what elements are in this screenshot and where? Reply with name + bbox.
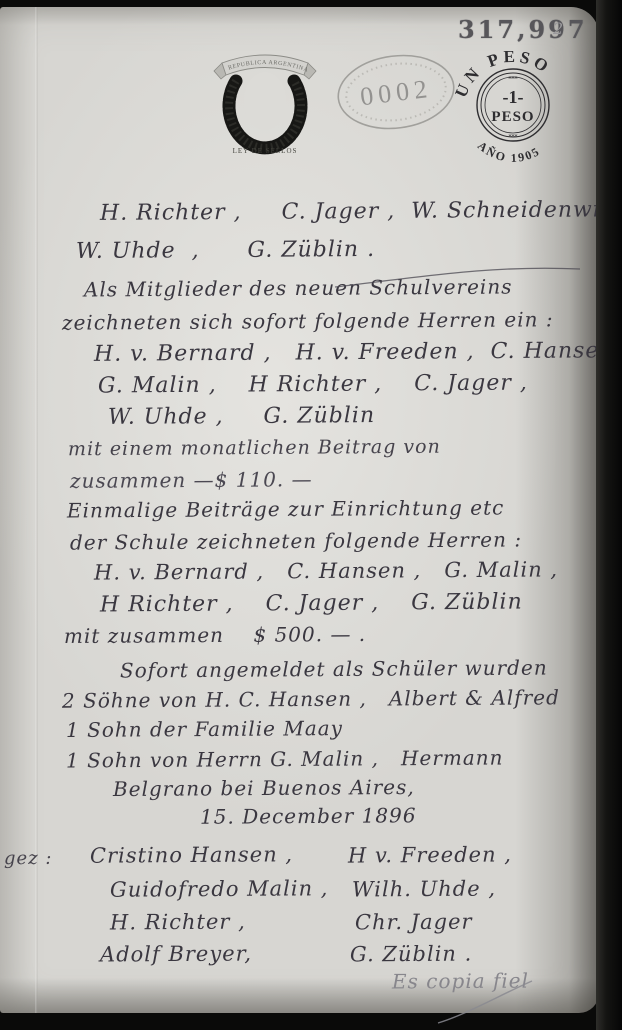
seal-bottom-text: LEY DE SELLOS <box>233 147 298 155</box>
manuscript-line: Als Mitglieder des neuen Schulvereins <box>84 275 513 302</box>
book-binding-edge <box>596 0 622 1030</box>
svg-text:AÑO 1905: AÑO 1905 <box>475 138 543 163</box>
document-page: 317,997 2 REPUBLICA ARGENTINA LEY DE SEL… <box>0 7 599 1013</box>
signature: H v. Freeden , <box>348 842 512 867</box>
manuscript-line: Einmalige Beiträge zur Einrichtung etc <box>67 495 504 522</box>
manuscript-line: H. Richter , C. Jager , W. Schneidenwind… <box>100 197 622 226</box>
signature: Adolf Breyer, <box>100 941 252 966</box>
manuscript-line: 1 Sohn von Herrn G. Malin , Hermann <box>66 745 504 772</box>
manuscript-line: zusammen —$ 110. — <box>70 467 313 493</box>
revenue-seal-icon: REPUBLICA ARGENTINA LEY DE SELLOS <box>210 41 320 159</box>
peso-stamp-year-text: AÑO 1905 <box>475 138 543 163</box>
manuscript-line: Sofort angemeldet als Schüler wurden <box>120 656 548 683</box>
signature-prefix: gez : <box>4 848 53 869</box>
peso-stamp-value: -1- <box>503 87 524 107</box>
signature: H. Richter , <box>110 910 246 935</box>
manuscript-line: mit einem monatlichen Beitrag von <box>68 436 441 461</box>
manuscript-line: zeichneten sich sofort folgende Herren e… <box>62 307 554 334</box>
manuscript-line: 1 Sohn der Familie Maay <box>66 716 343 742</box>
signature: Guidofredo Malin , <box>110 876 329 902</box>
peso-stamp: UN PESO ⁎⁎⁎ -1- PESO ⁎⁎⁎ AÑO 1905 <box>452 51 574 163</box>
signature: Cristino Hansen , <box>90 842 293 867</box>
manuscript-date-line: 15. December 1896 <box>200 803 417 829</box>
manuscript-line: der Schule zeichneten folgende Herren : <box>70 527 522 554</box>
manuscript-line: H. v. Bernard , H. v. Freeden , C. Hanse… <box>94 338 622 367</box>
signature: Chr. Jager <box>355 910 473 935</box>
oval-stamp-number: 0002 <box>359 74 434 112</box>
peso-stamp-currency: PESO <box>491 109 534 125</box>
manuscript-line: mit zusammen $ 500. — . <box>64 622 366 648</box>
oval-number-stamp: 0002 <box>327 42 465 143</box>
manuscript-line: Belgrano bei Buenos Aires, <box>113 775 415 801</box>
control-number-stamp: 317,997 <box>458 15 588 44</box>
page-number-mark: 2 <box>553 19 563 38</box>
manuscript-line: G. Malin , H Richter , C. Jager , <box>98 371 528 399</box>
certification-note: Es copia fiel <box>392 969 529 994</box>
signature: G. Züblin . <box>350 942 472 967</box>
signature: Wilh. Uhde , <box>352 876 496 901</box>
manuscript-line: W. Uhde , G. Züblin . <box>76 237 375 264</box>
peso-stamp-bottom-ornament: ⁎⁎⁎ <box>509 132 518 139</box>
manuscript-line: H. v. Bernard , C. Hansen , G. Malin , <box>94 557 558 584</box>
manuscript-line: 2 Söhne von H. C. Hansen , Albert & Alfr… <box>62 685 560 712</box>
manuscript-line: H Richter , C. Jager , G. Züblin <box>100 590 523 618</box>
peso-stamp-top-ornament: ⁎⁎⁎ <box>509 74 518 81</box>
manuscript-line: W. Uhde , G. Züblin <box>108 403 375 430</box>
